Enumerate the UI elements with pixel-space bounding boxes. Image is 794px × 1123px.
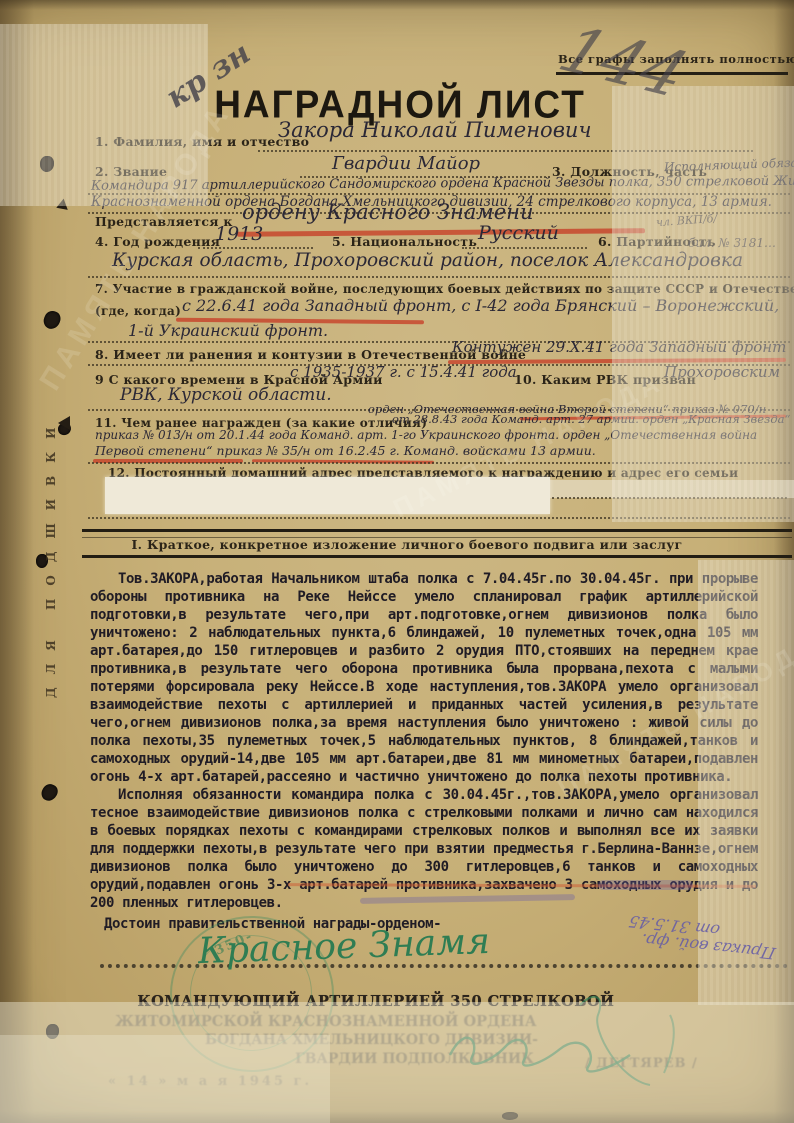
section-rule-bottom xyxy=(82,555,792,562)
field-war-service-label: 7. Участие в гражданской войне, последую… xyxy=(95,282,794,296)
section-header: I. Краткое, конкретное изложение личного… xyxy=(97,537,717,552)
presented-for-label: Представляется к xyxy=(95,214,233,229)
field-position-line1: Командира 917 артиллерийского Сандомирск… xyxy=(91,173,794,193)
field-rvk-value2: РВК, Курской области. xyxy=(120,385,332,405)
field-army-since-value: с 1935-1937 г. с 15.4.41 года xyxy=(290,363,517,381)
field-nationality-value: Русский xyxy=(478,222,559,244)
underline xyxy=(552,497,787,499)
underline xyxy=(88,276,790,278)
field-war-service-label2: (где, когда) xyxy=(95,304,181,318)
underline xyxy=(88,462,790,464)
citation-paragraph-2: Исполняя обязанности командира полка с 3… xyxy=(90,786,758,912)
purple-ink-smudge xyxy=(598,880,693,890)
underline xyxy=(88,517,790,519)
punch-hole xyxy=(39,781,60,803)
awards-line3: Первой степени“ приказ № 35/н от 16.2.45… xyxy=(95,443,596,458)
war-service-line1: с 22.6.41 года Западный фронт, с I-42 го… xyxy=(182,296,779,315)
underline xyxy=(258,150,753,152)
field-name-value: Закора Николай Пименович xyxy=(278,118,592,142)
citation-body: Тов.ЗАКОРА,работая Начальником штаба пол… xyxy=(90,570,758,933)
citation-paragraph-1: Тов.ЗАКОРА,работая Начальником штаба пол… xyxy=(90,570,758,786)
punch-hole xyxy=(46,1024,59,1039)
top-edge-shadow xyxy=(0,0,794,10)
field-birthyear-value: 1913 xyxy=(215,223,263,245)
filing-margin-label: ДЛЯ ПОДШИВКИ xyxy=(44,268,58,698)
commander-signature xyxy=(420,985,700,1095)
left-edge-shadow xyxy=(0,0,34,1123)
war-service-line2: 1-й Украинский фронт. xyxy=(128,321,328,340)
address-redaction-box xyxy=(105,477,550,514)
margin-arrow-mark xyxy=(54,199,68,214)
party-membership-note: чл. ВКП/б/ xyxy=(656,212,718,229)
margin-arrow-mark xyxy=(58,416,70,430)
field-party-value: бил. № 3181… xyxy=(688,236,776,250)
underline xyxy=(198,247,313,249)
underline xyxy=(462,247,587,249)
award-sheet-page: ДЛЯ ПОДШИВКИ Все графы заполнять полност… xyxy=(0,0,794,1123)
address-redaction-box xyxy=(548,480,794,498)
field-rvk-value1: Прохоровским xyxy=(664,363,780,381)
field-wounds-value: Контужен 29.X.41 года Западный фронт xyxy=(452,338,786,356)
punch-hole xyxy=(40,156,54,172)
awards-line2: приказ № 013/н от 20.1.44 года Команд. а… xyxy=(95,428,757,442)
presented-award-value: ордену Красного Знамени xyxy=(242,200,534,224)
field-rank-value: Гвардии Майор xyxy=(332,153,480,174)
field-rank-label: 2. Звание xyxy=(95,164,167,179)
awards-line1: от 28.8.43 года Команд. арт. 27 армии. о… xyxy=(392,412,790,426)
birthplace-value: Курская область, Прохоровский район, пос… xyxy=(112,250,743,271)
signature-date: « 14 » м а я 1945 г. xyxy=(108,1074,312,1089)
bottom-edge-shadow xyxy=(0,1111,794,1123)
field-nationality-label: 5. Национальность xyxy=(332,234,477,249)
